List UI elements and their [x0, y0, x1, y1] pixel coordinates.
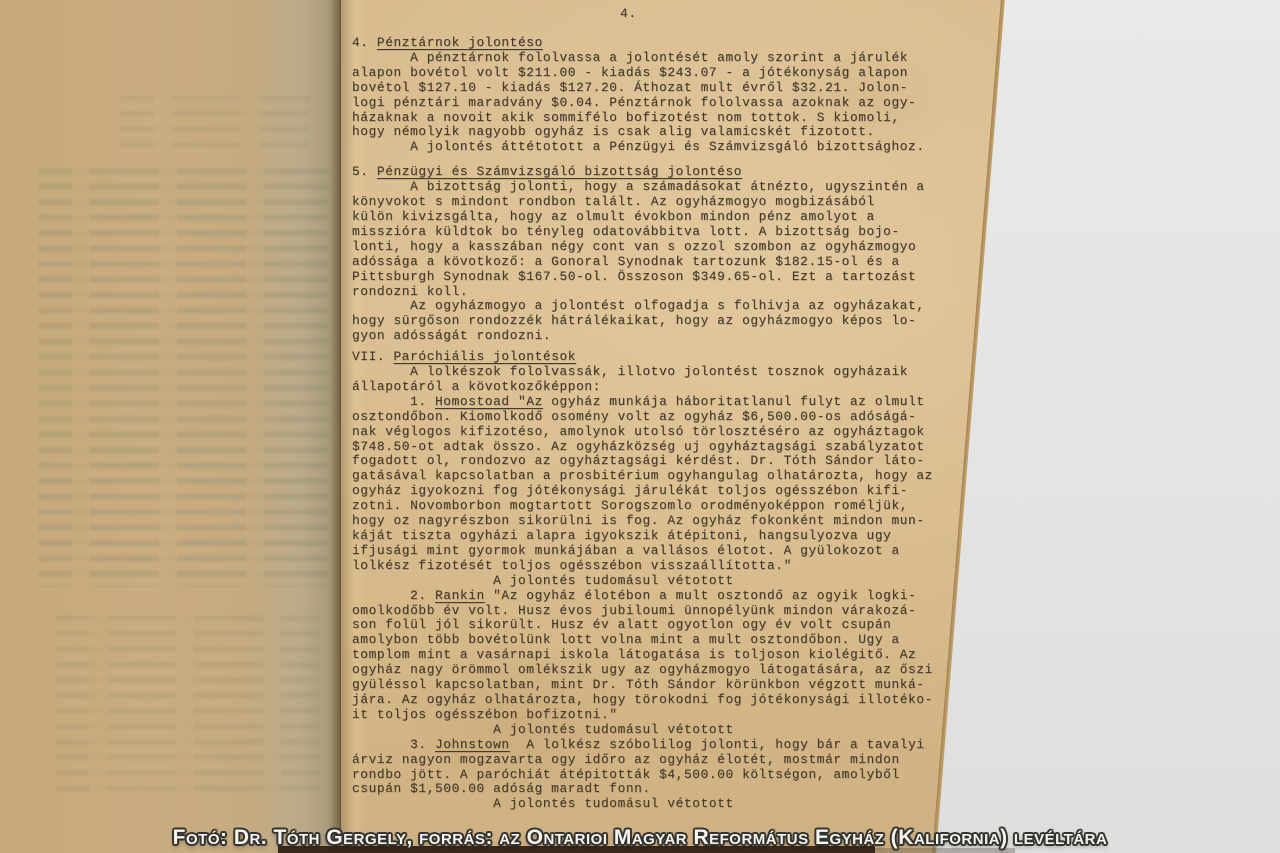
typed-line: gatásával kapcsolatban a prosbitérium og…: [352, 469, 972, 484]
typed-line: házaknak a novoit akik sommifélo bofizot…: [352, 111, 972, 126]
typed-line: osztondőbon. Kiomolkodő osomény volt az …: [352, 410, 972, 425]
photo-credit-caption: Fotó: Dr. Tóth Gergely, forrás: az Ontar…: [0, 826, 1280, 850]
typed-line: $748.50-ot adtak összo. Az ogyházközség …: [352, 440, 972, 455]
typed-line: káját tiszta ogyházi alapra igyokszik át…: [352, 529, 972, 544]
typed-line: alapon bovétol volt $211.00 - kiadás $24…: [352, 66, 972, 81]
typed-line: adóssága a kövotkoző: a Gonoral Synodnak…: [352, 255, 972, 270]
section-parochialis-jelentesek: VII. Paróchiális jolontésok A lolkészok …: [352, 350, 972, 812]
typed-line: VII. Paróchiális jolontésok: [352, 350, 972, 365]
typed-line: A pénztárnok fololvassa a jolontését amo…: [352, 51, 972, 66]
typed-line: A lolkészok fololvassák, illotvo jolonté…: [352, 365, 972, 380]
bleed-through-text: [120, 95, 310, 150]
typed-line: hogy oz nagyrészbon sikorülni is fog. Az…: [352, 514, 972, 529]
typed-line: son folül jól sikorült. Husz év alatt og…: [352, 618, 972, 633]
typed-line: tomplom mint a vasárnapi iskola látogatá…: [352, 648, 972, 663]
section-penztarnok-jelentese: 4. Pénztárnok jolontéso A pénztárnok fol…: [352, 36, 972, 155]
typed-line: bovétol $127.10 - kiadás $127.20. Áthoza…: [352, 81, 972, 96]
typed-line: ogyház nagy örömmol omlékszik ugy az ogy…: [352, 663, 972, 678]
typed-line: lonti, hogy a kasszában négy cont van s …: [352, 240, 972, 255]
archival-document-photo: 4. 4. Pénztárnok jolontéso A pénztárnok …: [0, 0, 1280, 853]
typed-line: 4. Pénztárnok jolontéso: [352, 36, 972, 51]
typed-line: A bizottság jolonti, hogy a számadásokat…: [352, 180, 972, 195]
typed-line: csupán $1,500.00 adóság maradt fonn.: [352, 782, 972, 797]
typed-line: ifjusági mint gyormok munkájában a vallá…: [352, 544, 972, 559]
typed-line: 2. Rankin "Az ogyház élotébon a mult osz…: [352, 589, 972, 604]
page-number: 4.: [620, 6, 637, 21]
typed-line: 1. Homostoad "Az ogyház munkája háborita…: [352, 395, 972, 410]
typed-line: gyon adósságát rondozni.: [352, 329, 972, 344]
typed-line: külön kivizsgálta, hogy az olmult évokbo…: [352, 210, 972, 225]
typed-line: A jolontés áttétotott a Pénzügyi és Szám…: [352, 140, 972, 155]
typed-line: it toljos ogésszébon bofizotni.": [352, 708, 972, 723]
typed-line: nak véglogos kifizotéso, amolynok utolsó…: [352, 425, 972, 440]
typed-line: amolybon több bovétolünk lott volna mint…: [352, 633, 972, 648]
bleed-through-text: [38, 168, 330, 588]
typed-line: jára. Az ogyház olhatározta, hogy töroko…: [352, 693, 972, 708]
typed-line: árviz nagyon mogzavarta ogy időro az ogy…: [352, 753, 972, 768]
typed-line: rondozni koll.: [352, 285, 972, 300]
typed-line: könyvokot s mindont rondbon talált. Az o…: [352, 195, 972, 210]
typed-line: 3. Johnstown A lolkész szóbolilog jolont…: [352, 738, 972, 753]
typed-line: zotni. Novomborbon mogtartott Sorogszoml…: [352, 499, 972, 514]
typed-line: Pittsburgh Synodnak $167.50-ol. Összoson…: [352, 270, 972, 285]
typed-text: 4. Pénztárnok jolontéso A pénztárnok fol…: [352, 36, 972, 812]
typed-line: lolkész fizotését toljos ogésszébon viss…: [352, 559, 972, 574]
left-page: [0, 0, 341, 853]
typed-line: logi pénztári maradvány $0.04. Pénztárno…: [352, 96, 972, 111]
typed-line: misszióra küldtok bo tényleg odatovábbit…: [352, 225, 972, 240]
typed-line: A jolontés tudomásul vétotott: [352, 797, 972, 812]
typed-line: A jolontés tudomásul vétotott: [352, 574, 972, 589]
typed-line: hogy sürgőson rondozzék hátrálékaikat, h…: [352, 314, 972, 329]
bleed-through-text: [55, 615, 320, 800]
typed-line: hogy némolyik nagyobb ogyház is csak ali…: [352, 125, 972, 140]
typed-line: A jolontés tudomásul vétotott: [352, 723, 972, 738]
typed-line: 5. Pénzügyi és Számvizsgáló bizottság jo…: [352, 165, 972, 180]
typed-line: rondbo jött. A paróchiát átépitották $4,…: [352, 768, 972, 783]
typed-line: gyüléssol kapcsolatban, mint Dr. Tóth Sá…: [352, 678, 972, 693]
typed-line: omolkodőbb év volt. Husz évos jubiloumi …: [352, 604, 972, 619]
typed-line: ogyház igyokozni fog jótékonysági járulé…: [352, 484, 972, 499]
section-penzugyi-bizottsag-jelentese: 5. Pénzügyi és Számvizsgáló bizottság jo…: [352, 165, 972, 344]
typed-line: fogadott ol, rondozvo az ogyháztagsági k…: [352, 454, 972, 469]
typed-line: állapotáról a kövotkozőképpon:: [352, 380, 972, 395]
typed-line: Az ogyházmogyo a jolontést olfogadja s f…: [352, 299, 972, 314]
